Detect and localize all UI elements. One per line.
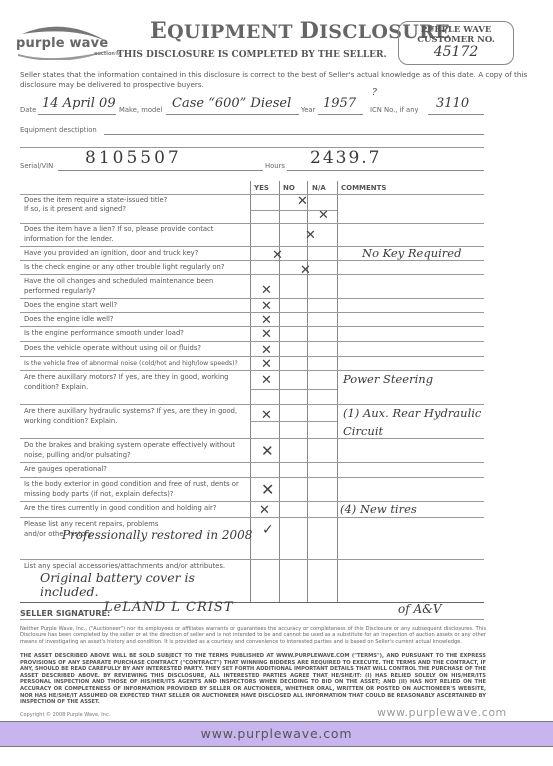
row-divider: [20, 326, 484, 327]
row-divider: [20, 462, 484, 463]
website-link[interactable]: www.purplewave.com: [377, 706, 507, 719]
seller-signature-label: SELLER SIGNATURE:: [20, 609, 110, 618]
make-model-line: [166, 114, 299, 115]
question-keys: Have you provided an ignition, door and …: [24, 249, 248, 259]
comment-aux-motors[interactable]: Power Steering: [343, 372, 433, 386]
question-lien: Does the item have a lien? If so, please…: [24, 225, 248, 244]
question-oil-fluids: Does the vehicle operate without using o…: [24, 344, 248, 354]
mark-no-row-check-engine[interactable]: ✕: [300, 263, 311, 278]
mark-yes-row-aux-hydraulics[interactable]: ✕: [261, 408, 272, 423]
mark-no-row-title[interactable]: ✕: [297, 194, 308, 209]
row-divider: [20, 356, 484, 357]
mark-yes-row-tires[interactable]: ✕: [259, 503, 270, 518]
question-aux-hydraulics: Are there auxillary hydraulic systems? I…: [24, 407, 248, 426]
question-abnormal-noise: Is the vehicle free of abnormal noise (c…: [24, 359, 248, 369]
accessories-answer[interactable]: Original battery cover is included.: [40, 571, 240, 599]
serial-line: [58, 170, 263, 171]
year-field[interactable]: 1957: [323, 96, 356, 111]
mark-yes-row-maintenance[interactable]: ✕: [261, 283, 272, 298]
row-divider: [250, 389, 337, 390]
footer-website-link[interactable]: www.purplewave.com: [0, 726, 553, 741]
mark-yes-row-brakes[interactable]: ✕: [261, 442, 274, 460]
column-header-yes: YES: [254, 184, 269, 192]
row-divider: [20, 341, 484, 342]
row-divider: [20, 517, 484, 518]
row-divider: [20, 312, 484, 313]
seller-signature-company: of A&V: [398, 602, 442, 616]
purple-wave-logo: purple wave auction®: [14, 20, 114, 60]
serial-label: Serial/VIN: [20, 162, 53, 170]
column-divider: [307, 181, 308, 602]
date-label: Date: [20, 106, 36, 114]
column-header-na: N/A: [312, 184, 326, 192]
comment-aux-hydraulics[interactable]: (1) Aux. Rear Hydraulic Circuit: [343, 404, 483, 440]
intro-statement: Seller states that the information conta…: [20, 70, 540, 90]
question-engine-start: Does the engine start well?: [24, 301, 248, 311]
terms-text: THE ASSET DESCRIBED ABOVE WILL BE SOLD S…: [20, 653, 486, 706]
mark-yes-row-idle[interactable]: ✕: [261, 313, 272, 328]
disclaimer-text: Neither Purple Wave, Inc., ("Auctioneer"…: [20, 626, 486, 645]
column-header-no: NO: [283, 184, 295, 192]
date-field[interactable]: 14 April 09: [42, 96, 116, 111]
question-engine-performance: Is the engine performance smooth under l…: [24, 329, 248, 339]
row-divider: [20, 370, 484, 371]
row-divider: [20, 223, 484, 224]
question-brakes: Do the brakes and braking system operate…: [24, 441, 248, 460]
footer-bar: www.purplewave.com: [0, 721, 553, 747]
row-divider: [20, 260, 484, 261]
mark-no-row-lien[interactable]: ✕: [305, 228, 316, 243]
mark-yes-row-noise[interactable]: ✕: [261, 357, 272, 372]
row-divider: [20, 477, 484, 478]
icn-label: ICN No., if any: [370, 106, 419, 114]
row-divider: [20, 298, 484, 299]
hours-line: [287, 170, 484, 171]
make-model-field[interactable]: Case “600” Diesel: [172, 96, 291, 111]
copyright-text: Copyright © 2008 Purple Wave, Inc.: [20, 712, 110, 718]
serial-field[interactable]: 8105507: [85, 148, 182, 168]
hours-field[interactable]: 2439.7: [310, 148, 381, 168]
question-gauges: Are gauges operational?: [24, 465, 248, 475]
row-divider: [20, 559, 484, 560]
make-model-label: Make, model: [119, 106, 162, 114]
mark-na-row-signed[interactable]: ✕: [318, 208, 329, 223]
equipment-description-field[interactable]: [104, 134, 484, 135]
equipment-description-label: Equipment desctiption: [20, 126, 97, 134]
question-title-signed: If so, is it present and signed?: [24, 205, 248, 215]
comment-tires[interactable]: (4) New tires: [340, 502, 417, 516]
comment-keys[interactable]: No Key Required: [362, 246, 461, 260]
customer-number-box: PURPLE WAVE CUSTOMER NO. 45172: [398, 21, 514, 65]
question-body-exterior: Is the body exterior in good condition a…: [24, 480, 248, 499]
date-line: [38, 114, 116, 115]
column-divider: [279, 181, 280, 602]
mark-yes-row-body[interactable]: ✕: [261, 480, 274, 499]
mark-check-row-repairs[interactable]: ✓: [262, 522, 274, 538]
icn-line: [428, 114, 484, 115]
customer-box-label: PURPLE WAVE CUSTOMER NO.: [399, 25, 513, 45]
column-divider: [337, 181, 338, 602]
mark-yes-row-performance[interactable]: ✕: [261, 327, 272, 342]
year-question-note: ?: [372, 88, 377, 98]
logo-text: purple wave: [16, 36, 108, 51]
seller-signature[interactable]: LeLAND L CRIST: [104, 600, 234, 615]
column-header-comments: COMMENTS: [341, 184, 386, 192]
mark-yes-row-aux-motors[interactable]: ✕: [261, 373, 272, 388]
page-subtitle: THIS DISCLOSURE IS COMPLETED BY THE SELL…: [117, 50, 387, 60]
question-engine-idle: Does the engine idle well?: [24, 315, 248, 325]
question-maintenance: Have the oil changes and scheduled maint…: [24, 277, 248, 296]
question-tires: Are the tires currently in good conditio…: [24, 504, 248, 514]
year-label: Year: [301, 106, 315, 114]
repairs-history-answer[interactable]: Professionally restored in 2008: [62, 528, 252, 542]
question-aux-motors: Are there auxillary motors? If yes, are …: [24, 373, 248, 392]
mark-yes-row-keys[interactable]: ✕: [272, 248, 283, 263]
mark-yes-row-start[interactable]: ✕: [261, 299, 272, 314]
customer-number: 45172: [399, 44, 513, 60]
icn-field[interactable]: 3110: [436, 96, 469, 111]
signature-line: [20, 619, 484, 620]
question-check-engine: Is the check engine or any other trouble…: [24, 263, 248, 273]
mark-yes-row-oil[interactable]: ✕: [261, 343, 272, 358]
year-line: [318, 114, 363, 115]
hours-label: Hours: [265, 162, 285, 170]
row-divider: [20, 274, 484, 275]
row-divider: [20, 194, 484, 195]
